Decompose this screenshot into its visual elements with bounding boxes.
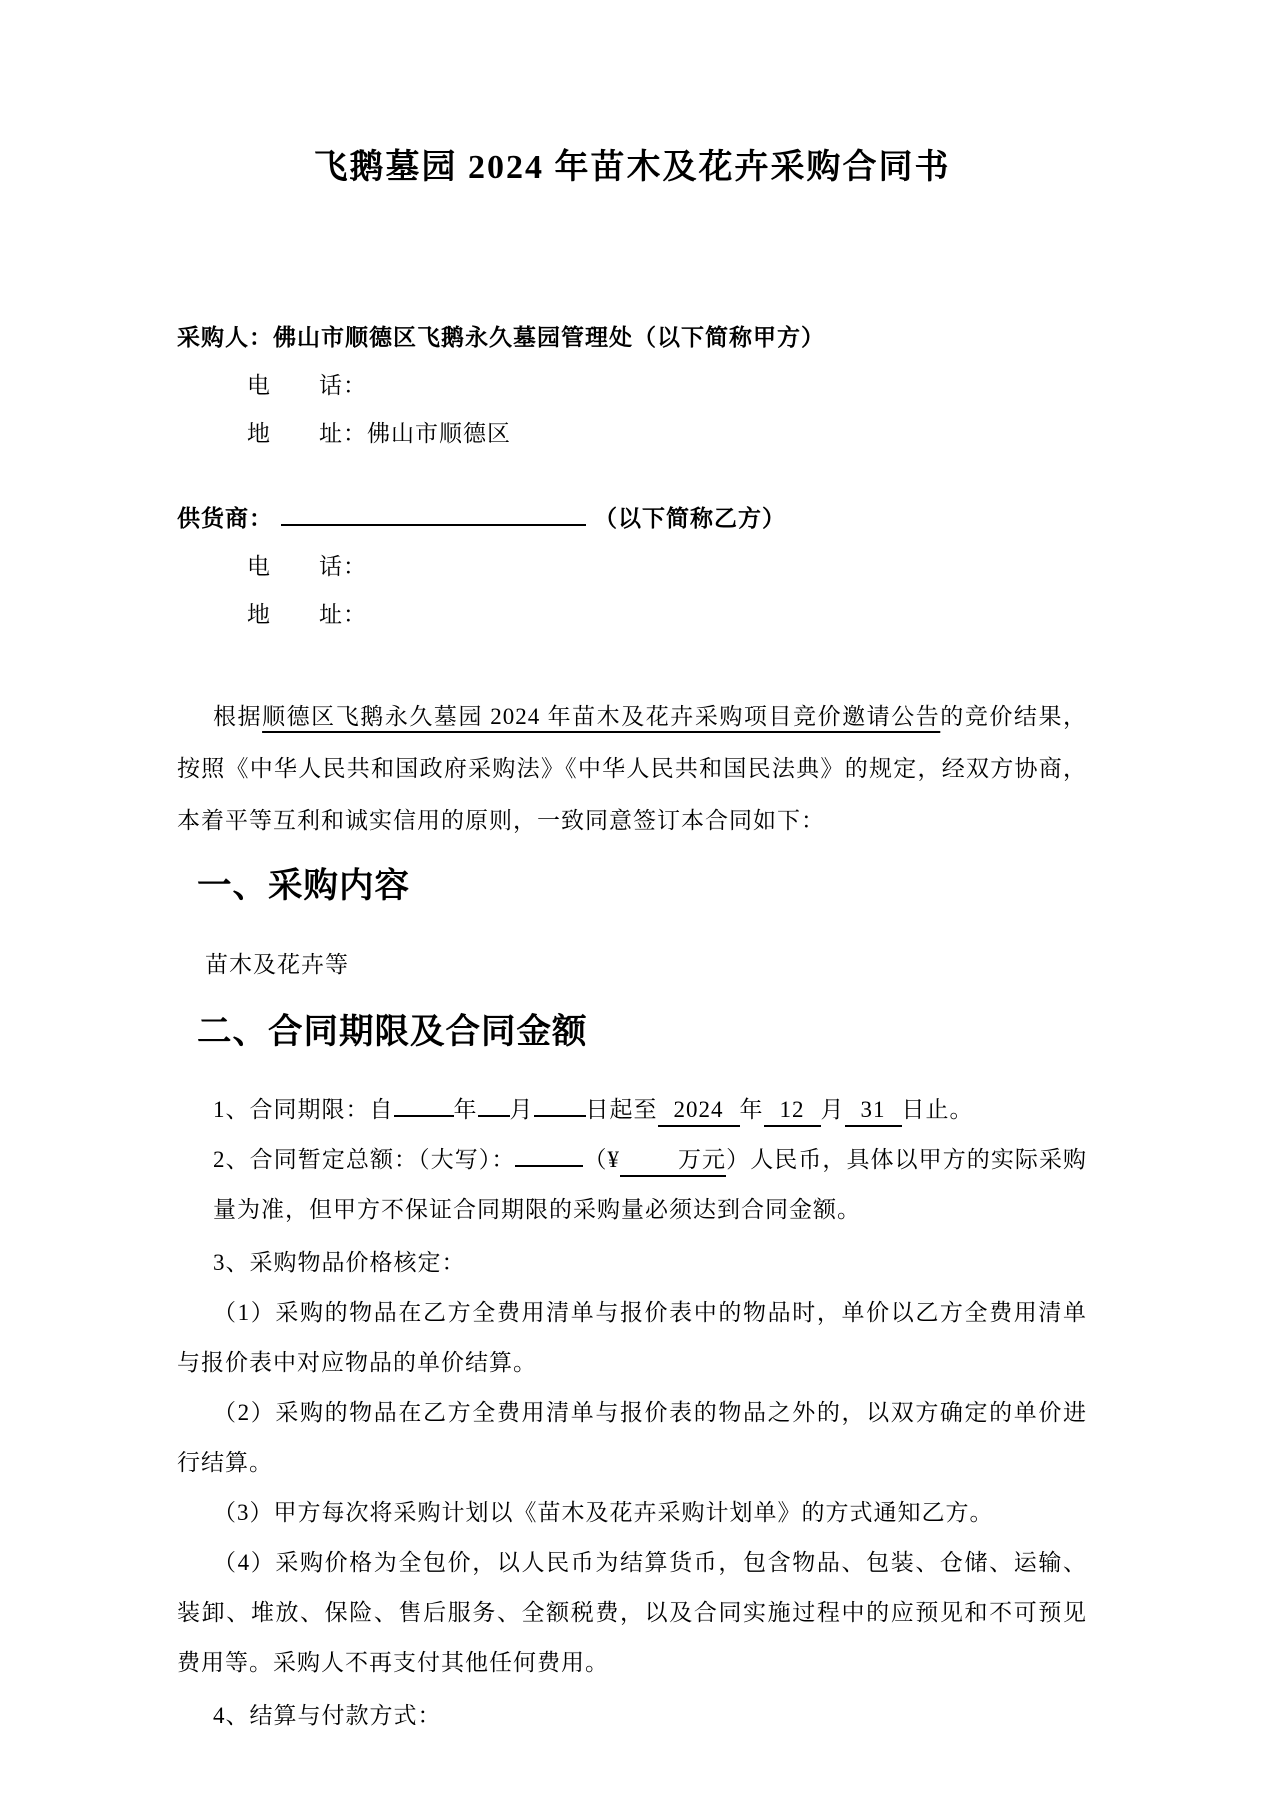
buyer-name: 佛山市顺德区飞鹅永久墓园管理处（以下简称甲方） (273, 325, 825, 350)
supplier-address-line: 地 址： (177, 591, 1087, 639)
supplier-line: 供货商：（以下简称乙方） (177, 495, 1087, 543)
contract-period-line: 1、合同期限：自年月日起至2024年12月31日止。 (177, 1085, 1087, 1135)
document-title: 飞鹅墓园 2024 年苗木及花卉采购合同书 (177, 148, 1087, 188)
price-sub-item-2: （2）采购的物品在乙方全费用清单与报价表的物品之外的，以双方确定的单价进行结算。 (177, 1388, 1087, 1488)
period-prefix: 1、合同期限：自 (213, 1097, 394, 1122)
end-year-value: 2024 (658, 1095, 740, 1127)
end-month-unit: 月 (821, 1097, 845, 1122)
supplier-phone-line: 电 话： (177, 543, 1087, 591)
section-1-content: 苗木及花卉等 (177, 940, 1087, 990)
buyer-label: 采购人： (177, 325, 273, 350)
contract-amount-paragraph: 2、合同暂定总额：（大写）：（¥万元）人民币，具体以甲方的实际采购量为准，但甲方… (213, 1135, 1087, 1235)
start-month-blank (478, 1111, 510, 1117)
buyer-phone-line: 电 话： (177, 362, 1087, 410)
month-unit: 月 (510, 1097, 534, 1122)
contract-document-page: 飞鹅墓园 2024 年苗木及花卉采购合同书 采购人：佛山市顺德区飞鹅永久墓园管理… (0, 0, 1280, 1810)
buyer-address-line: 地 址：佛山市顺德区 (177, 410, 1087, 458)
period-suffix: 日止。 (902, 1097, 974, 1122)
price-verification-heading: 3、采购物品价格核定： (177, 1238, 1087, 1288)
year-unit: 年 (454, 1097, 478, 1122)
buyer-section: 采购人：佛山市顺德区飞鹅永久墓园管理处（以下简称甲方） 电 话： 地 址：佛山市… (177, 314, 1087, 458)
preamble-paragraph: 根据顺德区飞鹅永久墓园 2024 年苗木及花卉采购项目竞价邀请公告的竞价结果，按… (177, 691, 1087, 847)
supplier-address-label: 地 址： (247, 602, 367, 627)
project-name-underlined: 顺德区飞鹅永久墓园 2024 年苗木及花卉采购项目竞价邀请公告 (262, 704, 940, 729)
start-year-blank (394, 1111, 454, 1117)
day-start-unit: 日起至 (586, 1097, 658, 1122)
buyer-address-value: 佛山市顺德区 (367, 421, 511, 446)
amount-figure-blank: 万元 (620, 1145, 726, 1177)
currency-open: （¥ (583, 1147, 620, 1172)
payment-method-heading: 4、结算与付款方式： (177, 1691, 1087, 1741)
end-year-unit: 年 (740, 1097, 764, 1122)
buyer-phone-label: 电 话： (247, 373, 367, 398)
price-sub-item-3: （3）甲方每次将采购计划以《苗木及花卉采购计划单》的方式通知乙方。 (177, 1488, 1087, 1538)
currency-close: ） (726, 1147, 750, 1172)
buyer-address-label: 地 址： (247, 421, 367, 446)
section-1-heading: 一、采购内容 (177, 861, 1087, 911)
end-month-value: 12 (764, 1095, 821, 1127)
amount-prefix: 2、合同暂定总额：（大写）： (213, 1147, 515, 1172)
price-sub-item-4: （4）采购价格为全包价，以人民币为结算货币，包含物品、包装、仓储、运输、装卸、堆… (177, 1538, 1087, 1688)
supplier-label: 供货商： (177, 506, 273, 531)
supplier-name-blank (281, 520, 586, 526)
buyer-line: 采购人：佛山市顺德区飞鹅永久墓园管理处（以下简称甲方） (177, 314, 1087, 362)
end-day-value: 31 (845, 1095, 902, 1127)
amount-words-blank (515, 1161, 583, 1167)
supplier-section: 供货商：（以下简称乙方） 电 话： 地 址： (177, 495, 1087, 639)
supplier-phone-label: 电 话： (247, 554, 367, 579)
section-2-heading: 二、合同期限及合同金额 (177, 1007, 1087, 1057)
price-sub-item-1: （1）采购的物品在乙方全费用清单与报价表中的物品时，单价以乙方全费用清单与报价表… (177, 1288, 1087, 1388)
supplier-alias-suffix: （以下简称乙方） (594, 506, 786, 531)
start-day-blank (534, 1111, 586, 1117)
currency-wan-unit: 万元 (678, 1147, 726, 1172)
preamble-lead: 根据 (213, 704, 262, 729)
